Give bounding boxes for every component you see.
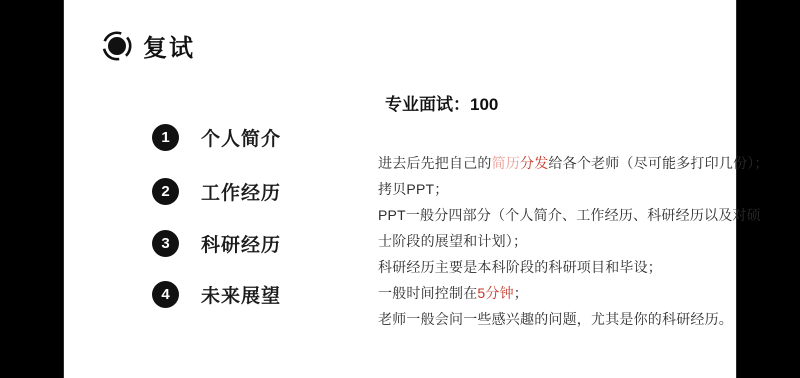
notes-text: ； <box>514 285 528 301</box>
agenda-number-badge: 1 <box>152 124 179 151</box>
notes-line: PPT一般分四部分（个人简介、工作经历、科研经历以及对硕 <box>378 202 750 228</box>
notes-text: PPT一般分四部分（个人简介、工作经历、科研经历以及对硕 <box>378 207 761 223</box>
notes-text: 进去后先把自己的 <box>378 155 492 171</box>
letterbox-left <box>0 0 63 378</box>
notes-line: 老师一般会问一些感兴趣的问题，尤其是你的科研经历。 <box>378 306 750 332</box>
agenda-number-badge: 3 <box>152 230 179 257</box>
notes-text: 拷贝PPT； <box>378 181 448 197</box>
slide-title-row: 复试 <box>101 28 195 63</box>
notes-text: 科研经历主要是本科阶段的科研项目和毕设； <box>378 259 662 275</box>
notes-line: 科研经历主要是本科阶段的科研项目和毕设； <box>378 254 750 280</box>
agenda-label: 科研经历 <box>201 230 281 257</box>
notes-line: 士阶段的展望和计划）； <box>378 228 750 254</box>
video-frame: 复试 1 个人简介 2 工作经历 3 科研经历 4 未来展望 专业面试：100 … <box>0 0 800 378</box>
notes-line: 一般时间控制在5分钟； <box>378 280 750 306</box>
notes-highlight-red: 5分钟 <box>477 285 513 301</box>
notes-line: 进去后先把自己的简历分发给各个老师（尽可能多打印几份）； <box>378 150 750 176</box>
agenda-number-badge: 4 <box>152 281 179 308</box>
notes-highlight-light-red: 简历 <box>492 155 520 171</box>
notes-text: 给各个老师（尽可能多打印几份）； <box>548 155 768 171</box>
agenda-item-3: 3 科研经历 <box>152 229 281 257</box>
agenda-label: 未来展望 <box>201 281 281 308</box>
agenda-item-1: 1 个人简介 <box>152 123 281 151</box>
notes-block: 进去后先把自己的简历分发给各个老师（尽可能多打印几份）； 拷贝PPT； PPT一… <box>378 150 750 332</box>
agenda-label: 工作经历 <box>201 178 281 205</box>
agenda-label: 个人简介 <box>201 124 281 151</box>
notes-line: 拷贝PPT； <box>378 176 750 202</box>
notes-text: 士阶段的展望和计划）； <box>378 233 527 249</box>
section-heading: 专业面试：100 <box>385 90 498 115</box>
presentation-slide: 复试 1 个人简介 2 工作经历 3 科研经历 4 未来展望 专业面试：100 … <box>63 0 737 378</box>
agenda-number-badge: 2 <box>152 178 179 205</box>
slide-title: 复试 <box>143 28 195 63</box>
agenda-item-2: 2 工作经历 <box>152 177 281 205</box>
agenda-item-4: 4 未来展望 <box>152 280 281 308</box>
notes-highlight-red: 分发 <box>520 155 548 171</box>
notes-text: 老师一般会问一些感兴趣的问题，尤其是你的科研经历。 <box>378 311 733 327</box>
circled-dot-icon <box>101 30 133 62</box>
notes-text: 一般时间控制在 <box>378 285 477 301</box>
